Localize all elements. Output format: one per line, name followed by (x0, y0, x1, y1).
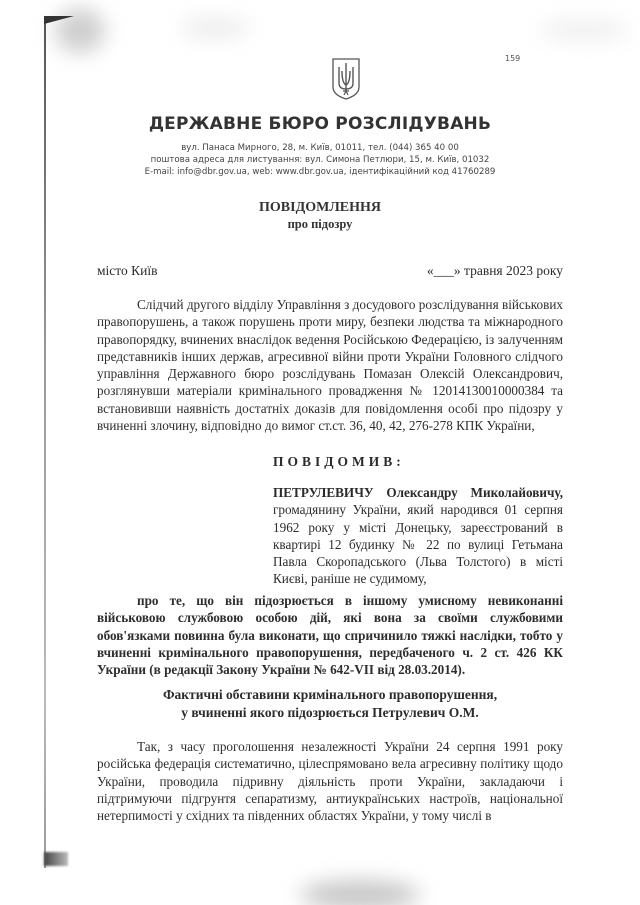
scan-smudge (55, 8, 105, 53)
document-city: місто Київ (97, 263, 158, 279)
suspect-block: ПЕТРУЛЕВИЧУ Олександру Миколайовичу, гро… (273, 484, 563, 588)
suspect-details: громадянину України, який народився 01 с… (273, 502, 563, 586)
ukraine-trident-emblem-icon (331, 57, 361, 101)
page-corner-fold (44, 16, 74, 24)
facts-paragraph: Так, з часу проголошення незалежності Ук… (97, 738, 563, 824)
contact-info: E-mail: info@dbr.gov.ua, web: www.dbr.go… (0, 166, 640, 178)
suspect-name: ПЕТРУЛЕВИЧУ Олександру Миколайовичу, (273, 485, 563, 500)
page-edge-mark (44, 852, 68, 866)
facts-heading: Фактичні обставини кримінального правопо… (0, 686, 640, 722)
scan-smudge (180, 18, 250, 38)
document-subtitle: про підозру (0, 217, 640, 232)
charge-paragraph: про те, що він підозрюється в іншому уми… (97, 592, 563, 678)
facts-heading-line1: Фактичні обставини кримінального правопо… (0, 686, 640, 704)
page-number: 159 (505, 54, 520, 63)
notified-heading: ПОВІДОМИВ: (273, 454, 405, 470)
scan-smudge (300, 880, 420, 905)
scan-smudge (540, 20, 630, 40)
document-date: «___» травня 2023 року (427, 263, 563, 279)
postal-address: поштова адреса для листування: вул. Симо… (0, 154, 640, 166)
document-title: ПОВІДОМЛЕННЯ (0, 200, 640, 216)
agency-name: ДЕРЖАВНЕ БЮРО РОЗСЛІДУВАНЬ (0, 114, 640, 134)
intro-paragraph: Слідчий другого відділу Управління з дос… (97, 296, 563, 434)
facts-heading-line2: у вчиненні якого підозрюється Петрулевич… (0, 704, 640, 722)
agency-address: вул. Панаса Мирного, 28, м. Київ, 01011,… (0, 142, 640, 154)
